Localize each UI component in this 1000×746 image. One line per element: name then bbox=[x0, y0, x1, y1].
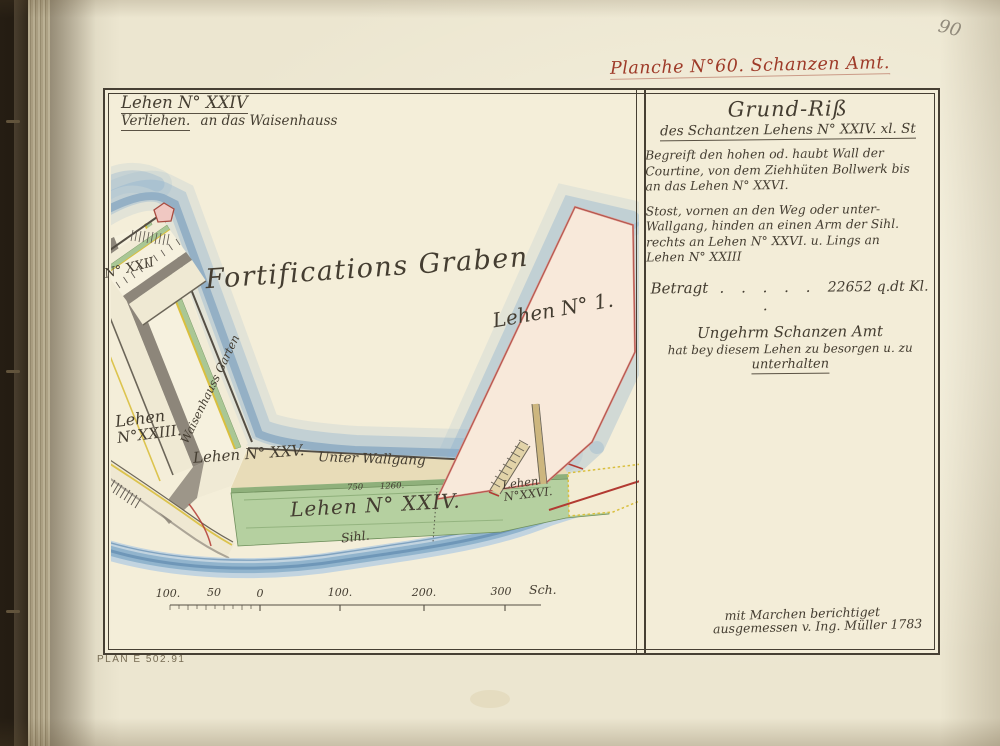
amount-leader-dots: . . . . . . bbox=[715, 277, 821, 314]
note-line2: hat bey diesem Lehen zu besorgen u. zu bbox=[647, 340, 933, 357]
area-amount-row: Betragt . . . . . . 22652 q.dt Kl. bbox=[646, 276, 932, 315]
map-cartouche: Lehen N° XXIV Verliehen. an das Waisenha… bbox=[121, 94, 337, 128]
gutter-shadow bbox=[50, 0, 96, 746]
amount-value: 22652 q.dt Kl. bbox=[828, 278, 929, 295]
paragraph-line: Lehen N° XXIII bbox=[646, 248, 932, 266]
catalog-code: PLAN E 502.91 bbox=[97, 655, 185, 666]
cartouche-grantee: an das Waisenhauss bbox=[201, 113, 338, 129]
plate-title: Planche N°60. Schanzen Amt. bbox=[610, 54, 890, 80]
cartouche-line1: Lehen N° XXIV bbox=[121, 93, 248, 114]
panel-paragraph-2: Stost, vornen an den Weg oder unter- Wal… bbox=[646, 201, 933, 266]
book-spine bbox=[0, 0, 14, 746]
stacked-page-edges bbox=[28, 0, 50, 746]
binding-stitch bbox=[6, 370, 20, 373]
scale-label: 100. bbox=[328, 586, 353, 599]
label-lehen-26: Lehen N°XXVI. bbox=[502, 473, 553, 503]
scale-label: 50 bbox=[207, 586, 221, 599]
note-line3: unterhalten bbox=[752, 356, 830, 374]
paragraph-line: an das Lehen N° XXVI. bbox=[645, 177, 931, 195]
panel-paragraph-1: Begreift den hohen od. haubt Wall der Co… bbox=[645, 146, 931, 195]
surveyor-note: mit Marchen berichtiget ausgemessen v. I… bbox=[680, 604, 926, 637]
scale-label: 100. bbox=[156, 587, 181, 600]
label-sihl: Sihl. bbox=[340, 529, 370, 545]
measurement-1260: 1260. bbox=[380, 481, 405, 492]
panel-heading: Grund-Riß bbox=[645, 96, 931, 123]
scale-unit-label: Sch. bbox=[529, 582, 557, 597]
panel-subheading: des Schantzen Lehens N° XXIV. xl. St bbox=[660, 121, 916, 142]
map-drawing: 100. 50 0 100. 200. 300 Sch. bbox=[111, 96, 639, 649]
scale-label: 300 bbox=[491, 585, 512, 598]
scale-label: 0 bbox=[257, 587, 264, 600]
book-spine-texture bbox=[14, 0, 28, 746]
book-page-scan: 90 Planche N°60. Schanzen Amt. PLAN E 50… bbox=[0, 0, 1000, 746]
paragraph-line: Courtine, von dem Ziehhüten Bollwerk bis bbox=[645, 161, 931, 179]
foxing-stain bbox=[470, 690, 510, 708]
note-line1: Ungehrm Schanzen Amt bbox=[647, 321, 933, 342]
scale-label: 200. bbox=[411, 586, 437, 599]
cartouche-verliehen: Verliehen. bbox=[121, 113, 190, 131]
paragraph-line: Wallgang, hinden an einen Arm der Sihl. bbox=[646, 217, 932, 235]
description-panel: Grund-Riß des Schantzen Lehens N° XXIV. … bbox=[645, 96, 934, 373]
binding-stitch bbox=[6, 120, 20, 123]
amount-label: Betragt bbox=[650, 278, 708, 297]
binding-stitch bbox=[6, 610, 20, 613]
measurement-750: 750 bbox=[347, 482, 364, 493]
folio-number: 90 bbox=[936, 18, 963, 42]
label-unter-wallgang: Unter Wallgang bbox=[318, 450, 426, 468]
maintenance-note: Ungehrm Schanzen Amt hat bey diesem Lehe… bbox=[647, 321, 933, 373]
